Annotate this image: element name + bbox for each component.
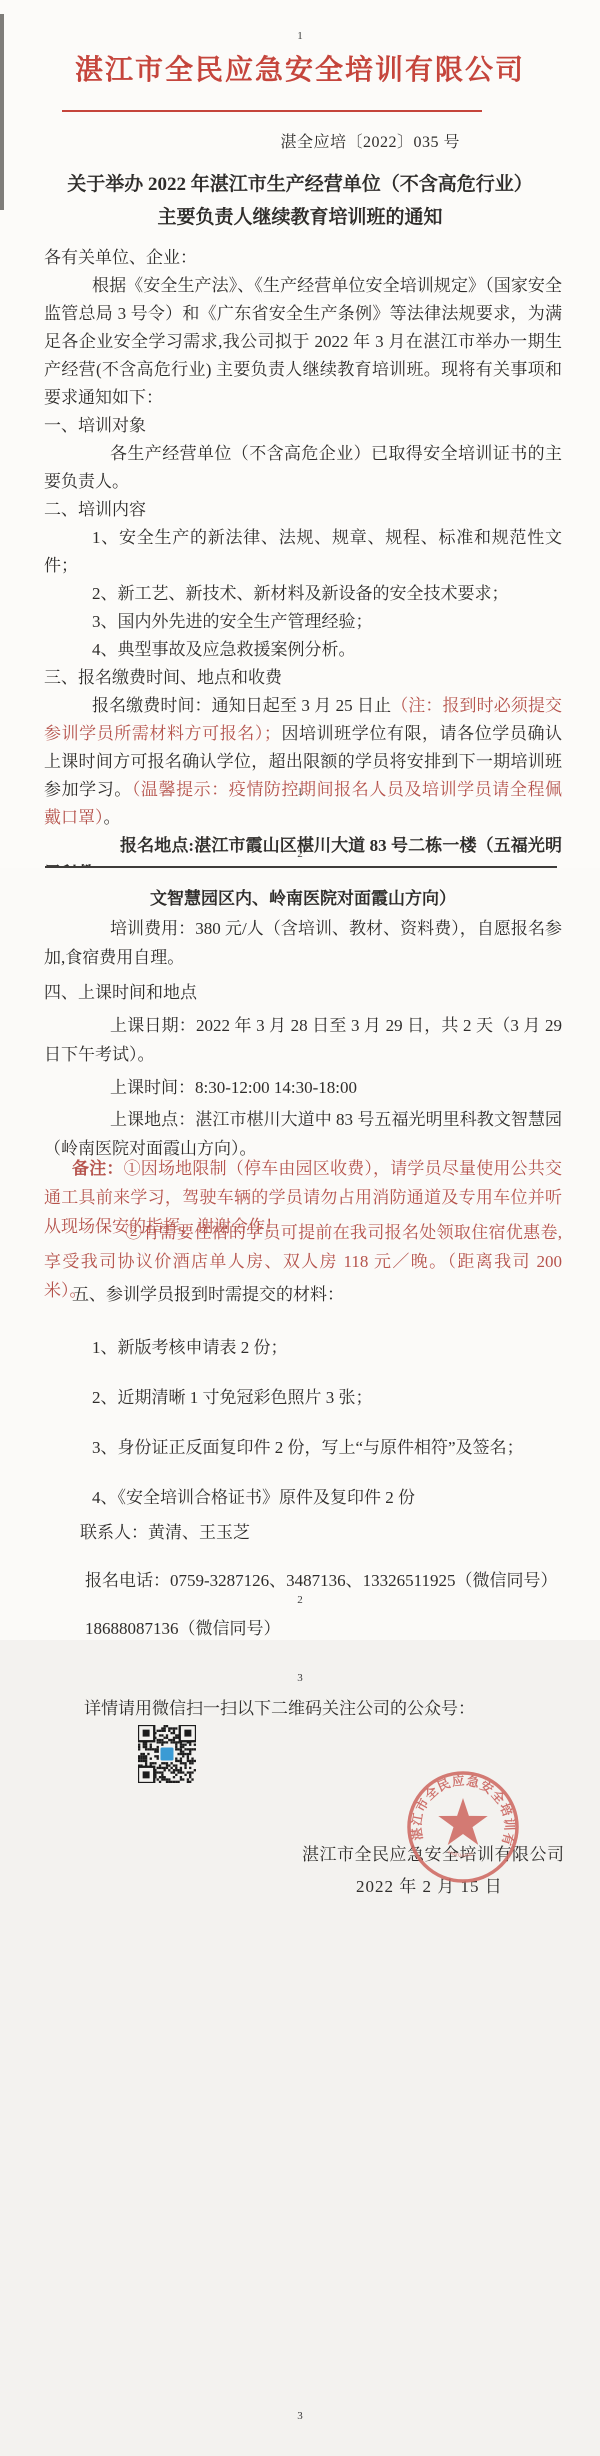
qr-code-icon bbox=[138, 1725, 196, 1783]
qr-caption: 详情请用微信扫一扫以下二维码关注公司的公众号： bbox=[84, 1694, 475, 1719]
list-item: 2、近期清晰 1 寸免冠彩色照片 3 张； bbox=[44, 1381, 562, 1414]
page-1: 1 湛江市全民应急安全培训有限公司 湛全应培〔2022〕035 号 关于举办 2… bbox=[0, 0, 600, 868]
reg-period: 。 bbox=[104, 808, 121, 827]
class-date: 上课日期：2022 年 3 月 28 日至 3 月 29 日，共 2 天（3 月… bbox=[44, 1011, 562, 1069]
note-label: 备注： bbox=[72, 1159, 124, 1178]
fee-paragraph: 培训费用：380 元/人（含培训、教材、资料费），自愿报名参加,食宿费用自理。 bbox=[44, 914, 562, 972]
letterhead-rule bbox=[62, 110, 482, 112]
salutation: 各有关单位、企业： bbox=[44, 244, 562, 272]
list-item: 1、安全生产的新法律、法规、规章、规程、标准和规范性文件； bbox=[44, 524, 562, 580]
reg-time-text: 报名缴费时间：通知日起至 3 月 25 日止 bbox=[92, 696, 391, 715]
page-2-top-marker: 2 bbox=[0, 848, 600, 860]
page-1-bottom-marker: 1 bbox=[0, 786, 600, 798]
registration-paragraph: 报名缴费时间：通知日起至 3 月 25 日止（注：报到时必须提交参训学员所需材料… bbox=[44, 692, 562, 832]
class-time: 上课时间：8:30-12:00 14:30-18:00 bbox=[44, 1073, 562, 1102]
section-4-heading: 四、上课时间和地点 bbox=[44, 978, 562, 1007]
list-item: 1、新版考核申请表 2 份； bbox=[44, 1331, 562, 1364]
section-3-heading: 三、报名缴费时间、地点和收费 bbox=[44, 664, 562, 692]
contact-phone-1: 报名电话：0759-3287126、3487136、13326511925（微信… bbox=[44, 1565, 562, 1596]
page-separator-line bbox=[45, 866, 557, 868]
page-3: 3 详情请用微信扫一扫以下二维码关注公司的公众号： 湛江市全民应急安全培训有限公… bbox=[0, 1640, 600, 2456]
page-2: 文智慧园区内、岭南医院对面霞山方向） 培训费用：380 元/人（含培训、教材、资… bbox=[0, 868, 600, 1640]
section-5-heading: 五、参训学员报到时需提交的材料： bbox=[44, 1280, 562, 1309]
list-item: 3、国内外先进的安全生产管理经验； bbox=[44, 608, 562, 636]
page-3-top-marker: 3 bbox=[0, 1672, 600, 1684]
scanned-notice-document: 1 湛江市全民应急安全培训有限公司 湛全应培〔2022〕035 号 关于举办 2… bbox=[0, 0, 600, 2456]
materials-list: 1、新版考核申请表 2 份； 2、近期清晰 1 寸免冠彩色照片 3 张； 3、身… bbox=[44, 1314, 562, 1531]
page-2-bottom-marker: 2 bbox=[0, 1594, 600, 1606]
page-1-top-marker: 1 bbox=[0, 30, 600, 42]
doc-number: 湛全应培〔2022〕035 号 bbox=[280, 129, 460, 152]
page-3-bottom-marker: 3 bbox=[0, 2410, 600, 2422]
section-2-heading: 二、培训内容 bbox=[44, 496, 562, 524]
wechat-qr-code bbox=[138, 1725, 196, 1783]
list-item: 4、典型事故及应急救援案例分析。 bbox=[44, 636, 562, 664]
contact-block: 联系人：黄清、王玉芝 报名电话：0759-3287126、3487136、133… bbox=[44, 1500, 562, 1661]
section-1-heading: 一、培训对象 bbox=[44, 412, 562, 440]
company-letterhead: 湛江市全民应急安全培训有限公司 bbox=[0, 48, 600, 88]
list-item: 3、身份证正反面复印件 2 份，写上“与原件相符”及签名； bbox=[44, 1431, 562, 1464]
notice-title-line1: 关于举办 2022 年湛江市生产经营单位（不含高危行业） bbox=[0, 169, 600, 196]
svg-text:44080240442: 44080240442 bbox=[446, 1850, 475, 1859]
section-1-text: 各生产经营单位（不含高危企业）已取得安全培训证书的主要负责人。 bbox=[44, 440, 562, 496]
notice-title-line2: 主要负责人继续教育培训班的通知 bbox=[0, 202, 600, 229]
seal-number-text: 44080240442 bbox=[446, 1850, 475, 1859]
intro-paragraph: 根据《安全生产法》、《生产经营单位安全培训规定》（国家安全监管总局 3 号令）和… bbox=[44, 272, 562, 412]
contact-person: 联系人：黄清、王玉芝 bbox=[44, 1517, 562, 1548]
company-seal: 湛江市全民应急安全培训有限公司 44080240442 bbox=[403, 1767, 523, 1887]
location-continuation: 文智慧园区内、岭南医院对面霞山方向） bbox=[44, 884, 562, 913]
list-item: 2、新工艺、新技术、新材料及新设备的安全技术要求； bbox=[44, 580, 562, 608]
seal-star-icon bbox=[438, 1798, 487, 1845]
